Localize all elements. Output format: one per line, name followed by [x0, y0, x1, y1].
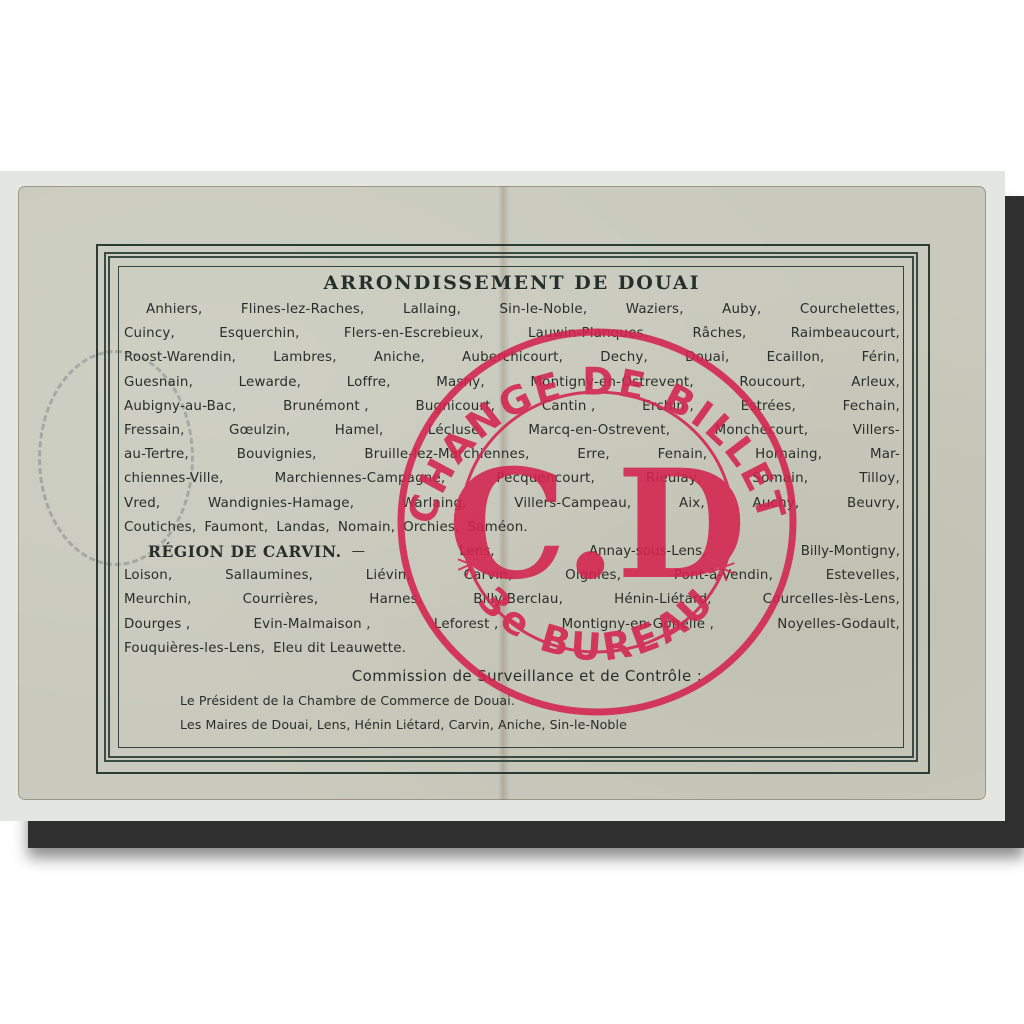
commune-name: Coutiches,	[124, 516, 196, 540]
commune-name: Lécluse,	[428, 419, 484, 443]
commune-name: Lauwin-Planques,	[528, 322, 648, 346]
commune-name: Fenain,	[658, 443, 708, 467]
commune-name: Nomain,	[338, 516, 395, 540]
commune-name: Faumont,	[204, 516, 268, 540]
commune-name: Dechy,	[600, 346, 648, 370]
commune-name: Aix,	[679, 492, 705, 516]
region-title: RÉGION DE CARVIN.	[124, 540, 342, 564]
region-carvin-header: RÉGION DE CARVIN. —Lens,Annay-sous-Lens,…	[124, 540, 900, 564]
commune-name: Auchy,	[753, 492, 800, 516]
commune-name: Estrées,	[741, 395, 796, 419]
commune-name: Erchin ,	[642, 395, 694, 419]
commune-name: Montigny-en-Gohelle ,	[562, 613, 714, 637]
commune-name: Estevelles,	[826, 564, 900, 588]
commune-row: Roost-Warendin,Lambres,Aniche,Auberchico…	[124, 346, 900, 370]
commune-row: Anhiers,Flines-lez-Raches,Lallaing,Sin-l…	[124, 298, 900, 322]
commune-name: Marcq-en-Ostrevent,	[528, 419, 670, 443]
commune-name: Guesnain,	[124, 371, 193, 395]
commune-name: Billy-Montigny,	[801, 540, 900, 564]
commune-name: Evin-Malmaison ,	[253, 613, 370, 637]
heading: ARRONDISSEMENT DE DOUAI	[124, 268, 900, 298]
commune-name: Noyelles-Godault,	[777, 613, 900, 637]
commune-name: Wandignies-Hamage,	[208, 492, 354, 516]
commune-name: Waziers,	[626, 298, 684, 322]
commune-name: Courcelles-lès-Lens,	[763, 588, 900, 612]
commune-name: Esquerchin,	[219, 322, 299, 346]
commune-name: Loffre,	[347, 371, 391, 395]
commune-name: Dourges ,	[124, 613, 190, 637]
commune-row: Loison,Sallaumines,Liévin,Carvin,Oignies…	[124, 564, 900, 588]
commune-name: au-Tertre,	[124, 443, 189, 467]
commune-name: Lallaing,	[403, 298, 461, 322]
commune-name: Rieulay,	[646, 467, 701, 491]
commune-row: Aubigny-au-Bac,Brunémont ,Bugnicourt,Can…	[124, 395, 900, 419]
commune-name: Raimbeaucourt,	[791, 322, 900, 346]
commune-name: Oignies,	[565, 564, 621, 588]
commune-name: Mar-	[870, 443, 900, 467]
commune-name: Roucourt,	[739, 371, 805, 395]
commission-line-1: Le Président de la Chambre de Commerce d…	[124, 689, 900, 713]
commune-name: Pont-à-Vendin,	[674, 564, 773, 588]
commune-name: Tilloy,	[859, 467, 900, 491]
commune-name: Sallaumines,	[225, 564, 313, 588]
commune-row: Guesnain,Lewarde,Loffre,Masny,Montigny-e…	[124, 371, 900, 395]
commune-name: Lewarde,	[239, 371, 302, 395]
commune-name: Hénin-Liétard,	[614, 588, 712, 612]
commune-name: Cantin ,	[542, 395, 596, 419]
commune-name: Aniche,	[374, 346, 425, 370]
commune-name: Brunémont ,	[283, 395, 369, 419]
commune-row: au-Tertre,Bouvignies,Bruille-lez-Marchie…	[124, 443, 900, 467]
commune-name: Flines-lez-Raches,	[241, 298, 365, 322]
commune-name: Lens,	[459, 540, 494, 564]
commune-name: Eleu dit Leauwette.	[273, 637, 406, 661]
commune-name: Villers-	[853, 419, 900, 443]
commune-name: Anhiers,	[146, 298, 202, 322]
commune-name: Masny,	[436, 371, 485, 395]
commune-name: Sin-le-Noble,	[499, 298, 587, 322]
commune-name: Lambres,	[273, 346, 337, 370]
commune-name: Fechain,	[843, 395, 900, 419]
commune-name: Arleux,	[851, 371, 900, 395]
commune-name: Vred,	[124, 492, 160, 516]
banknote-text: ARRONDISSEMENT DE DOUAI Anhiers,Flines-l…	[124, 268, 900, 737]
commune-row: Fouquières-les-Lens,Eleu dit Leauwette.	[124, 637, 900, 661]
commune-name: Douai,	[685, 346, 729, 370]
commune-name: Landas,	[276, 516, 330, 540]
commune-name: Flers-en-Escrebieux,	[344, 322, 484, 346]
commune-name: Meurchin,	[124, 588, 192, 612]
commune-name: Pecquencourt,	[496, 467, 595, 491]
commune-name: Ecaillon,	[767, 346, 825, 370]
commune-name: Cuincy,	[124, 322, 175, 346]
commune-name: Bugnicourt,	[415, 395, 495, 419]
region-first-line: —Lens,Annay-sous-Lens,Billy-Montigny,	[352, 540, 900, 564]
commune-name: Loison,	[124, 564, 172, 588]
commune-name: Gœulzin,	[229, 419, 290, 443]
commune-row: Meurchin,Courrières,Harnes,Billy-Berclau…	[124, 588, 900, 612]
commune-name: Billy-Berclau,	[473, 588, 563, 612]
commune-name: Férin,	[862, 346, 900, 370]
commune-name: Fouquières-les-Lens,	[124, 637, 265, 661]
commission-title: Commission de Surveillance et de Contrôl…	[124, 663, 900, 689]
commune-name: chiennes-Ville,	[124, 467, 224, 491]
commune-name: Beuvry,	[847, 492, 900, 516]
commune-row: Dourges ,Evin-Malmaison ,Leforest ,Monti…	[124, 613, 900, 637]
commune-name: Auberchicourt,	[462, 346, 563, 370]
commune-name: —	[352, 540, 365, 564]
commune-row: Coutiches,Faumont,Landas,Nomain,Orchies,…	[124, 516, 900, 540]
douai-communes: Anhiers,Flines-lez-Raches,Lallaing,Sin-l…	[124, 298, 900, 540]
commune-name: Erre,	[577, 443, 609, 467]
commune-row: Fressain,Gœulzin,Hamel,Lécluse,Marcq-en-…	[124, 419, 900, 443]
commune-name: Orchies,	[403, 516, 459, 540]
commune-name: Bruille-lez-Marchiennes,	[364, 443, 529, 467]
carvin-communes: Loison,Sallaumines,Liévin,Carvin,Oignies…	[124, 564, 900, 661]
commune-name: Annay-sous-Lens,	[589, 540, 707, 564]
commune-row: Cuincy,Esquerchin,Flers-en-Escrebieux,La…	[124, 322, 900, 346]
commune-name: Bouvignies,	[237, 443, 317, 467]
commune-name: Fressain,	[124, 419, 185, 443]
commune-name: Roost-Warendin,	[124, 346, 236, 370]
commune-name: Villers-Campeau,	[514, 492, 631, 516]
commune-name: Liévin,	[366, 564, 411, 588]
commune-name: Monchecourt,	[715, 419, 809, 443]
commune-name: Hornaing,	[755, 443, 822, 467]
commune-name: Harnes,	[369, 588, 422, 612]
commune-name: Leforest ,	[434, 613, 499, 637]
commune-name: Montigny-en-Ostrevent,	[530, 371, 693, 395]
commune-name: Râches,	[693, 322, 747, 346]
commission-line-2: Les Maires de Douai, Lens, Hénin Liétard…	[124, 713, 900, 737]
commune-name: Courchelettes,	[800, 298, 900, 322]
commune-name: Saméon.	[468, 516, 528, 540]
commune-name: Hamel,	[335, 419, 384, 443]
commune-name: Warlaing,	[402, 492, 467, 516]
commune-name: Auby,	[722, 298, 761, 322]
commune-row: chiennes-Ville,Marchiennes-Campagne,Pecq…	[124, 467, 900, 491]
commune-name: Carvin,	[464, 564, 513, 588]
commune-name: Marchiennes-Campagne,	[275, 467, 446, 491]
commune-row: Vred,Wandignies-Hamage,Warlaing,Villers-…	[124, 492, 900, 516]
commune-name: Aubigny-au-Bac,	[124, 395, 236, 419]
commune-name: Somain,	[752, 467, 808, 491]
commune-name: Courrières,	[243, 588, 319, 612]
